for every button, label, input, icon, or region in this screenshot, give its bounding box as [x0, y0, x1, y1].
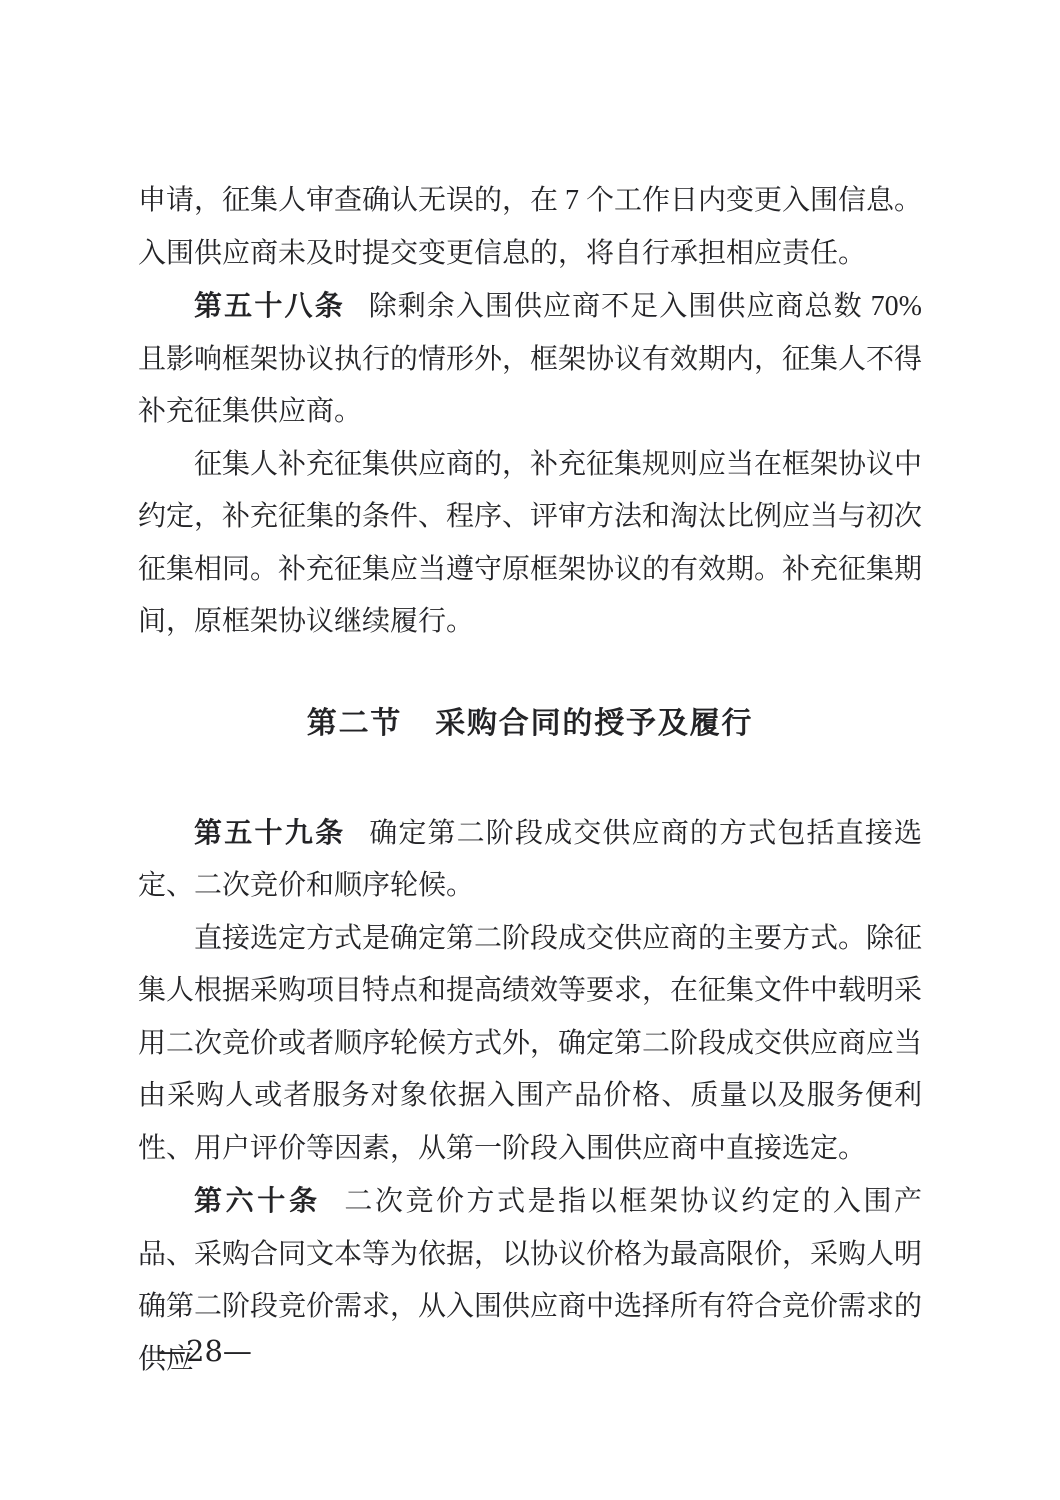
page-number: —28— — [157, 1334, 252, 1368]
article-number: 第五十九条 — [194, 817, 345, 848]
paragraph-5: 第五十九条确定第二阶段成交供应商的方式包括直接选定、二次竞价和顺序轮候。 — [138, 807, 922, 913]
page-footer: —28— — [157, 1334, 252, 1368]
paragraph-2: 第五十八条除剩余入围供应商不足入围供应商总数 70%且影响框架协议执行的情形外，… — [138, 280, 922, 439]
section-heading: 第二节采购合同的授予及履行 — [138, 697, 922, 750]
paragraph-3: 征集人补充征集供应商的，补充征集规则应当在框架协议中约定，补充征集的条件、程序、… — [138, 439, 922, 649]
article-number: 第六十条 — [194, 1185, 321, 1216]
document-page: 申请，征集人审查确认无误的，在 7 个工作日内变更入围信息。入围供应商未及时提交… — [0, 0, 1060, 1500]
document-body: 申请，征集人审查确认无误的，在 7 个工作日内变更入围信息。入围供应商未及时提交… — [138, 175, 922, 1386]
section-heading-title: 采购合同的授予及履行 — [435, 707, 753, 740]
paragraph-1: 申请，征集人审查确认无误的，在 7 个工作日内变更入围信息。入围供应商未及时提交… — [138, 175, 922, 280]
paragraph-7: 第六十条二次竞价方式是指以框架协议约定的入围产品、采购合同文本等为依据，以协议价… — [138, 1175, 922, 1386]
section-heading-number: 第二节 — [307, 707, 402, 740]
paragraph-6: 直接选定方式是确定第二阶段成交供应商的主要方式。除征集人根据采购项目特点和提高绩… — [138, 913, 922, 1176]
article-number: 第五十八条 — [194, 290, 345, 321]
